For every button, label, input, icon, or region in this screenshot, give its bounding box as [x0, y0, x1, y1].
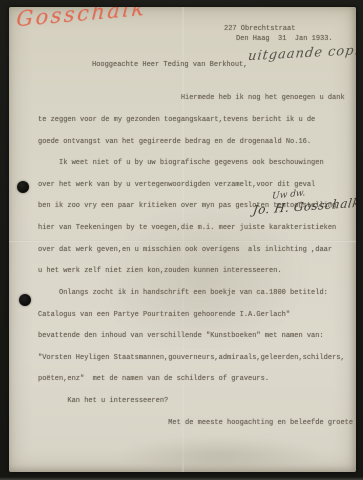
hole-punch	[19, 294, 31, 306]
body-line: goede ontvangst van het gegireerde bedra…	[38, 139, 353, 146]
body-line: bevattende den inhoud van verschillende …	[38, 333, 353, 340]
body-line: Met de meeste hoogachting en beleefde gr…	[38, 420, 353, 427]
body-line: Onlangs zocht ik in handschrift een boek…	[38, 290, 353, 297]
body-line: Kan het u interesseeren?	[38, 398, 353, 405]
body-line: Catalogus van een Partye Pourtraiten geh…	[38, 312, 353, 319]
hole-punch	[17, 181, 29, 193]
letter-paper: Gosschalk 227 Obrechtstraat Den Haag 31 …	[9, 7, 356, 472]
letter-body: Hiermede heb ik nog het genoegen u dank …	[38, 81, 353, 441]
letter-date-line: Den Haag 31 Jan 1933.	[236, 36, 333, 43]
body-line: hier van Teekeningen by te voegen,die m.…	[38, 225, 353, 232]
ink-bleedthrough-smudge	[119, 437, 319, 472]
sender-address-line: 227 Obrechtstraat	[224, 26, 295, 33]
body-line: Hiermede heb ik nog het genoegen u dank	[38, 95, 353, 102]
salutation-line: Hooggeachte Heer Teding van Berkhout,	[92, 62, 247, 69]
body-line: Ik weet niet of u by uw biografische geg…	[38, 160, 353, 167]
body-line: over dat werk geven,en u misschien ook o…	[38, 247, 353, 254]
body-line: te zeggen voor de my gezonden toegangska…	[38, 117, 353, 124]
red-handwritten-name-annotation: Gosschalk	[16, 7, 148, 31]
body-line: u het werk zelf niet zien kon,zouden kun…	[38, 268, 353, 275]
body-line: over het werk van by u vertegenwoordigde…	[38, 182, 353, 189]
body-line: "Vorsten Heyligen Staatsmannen,gouverneu…	[38, 355, 353, 362]
pencil-archival-annotation: uitgaande cop.	[247, 43, 356, 64]
body-line: poëten,enz" met de namen van de schilder…	[38, 376, 353, 383]
